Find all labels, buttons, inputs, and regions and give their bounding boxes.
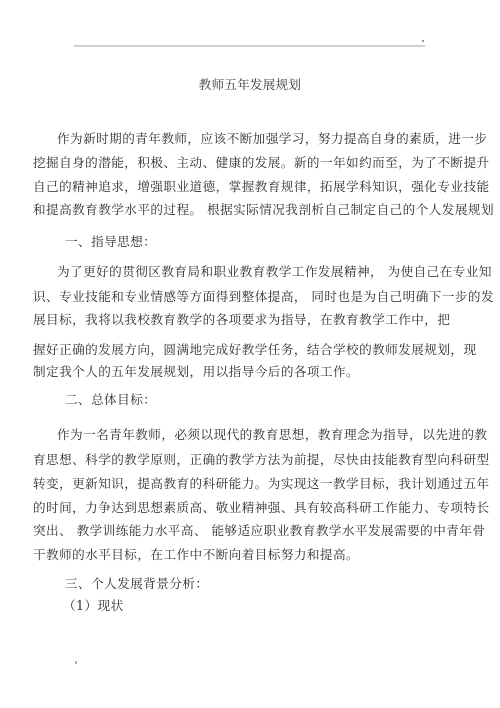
intro-line: 和提高教育教学水平的过程。 根据实际情况我剖析自己制定自己的个人发展规划 (33, 202, 443, 218)
section-2-line: 突出、 教学训练能力水平高、 能够适应职业教育教学水平发展需要的中青年骨 (33, 523, 443, 539)
section-2-line: 的时间，力争达到思想素质高、敬业精神强、具有较高科研工作能力、专项特长 (33, 500, 443, 516)
intro-line: 作为新时期的青年教师，应该不断加强学习，努力提高自身的素质，进一步 (57, 131, 467, 147)
section-1-line: 握好正确的发展方向，圆满地完成好教学任务，结合学校的教师发展规划，现 (33, 342, 443, 358)
footer-mark (75, 661, 77, 664)
section-heading-guiding-thought: 一、指导思想： (65, 234, 475, 250)
section-1-line: 展目标，我将以我校教育教学的各项要求为指导，在教育教学工作中，把 (33, 312, 443, 328)
section-2-line: 育思想、科学的教学原则，正确的教学方法为前提，尽快由技能教育型向科研型 (33, 452, 443, 468)
section-1-line: 为了更好的贯彻区教育局和职业教育教学工作发展精神， 为使自己在专业知 (57, 264, 467, 280)
section-2-line: 干教师的水平目标，在工作中不断向着目标努力和提高。 (33, 547, 443, 563)
section-2-line: 转变，更新知识，提高教育的科研能力。为实现这一教学目标，我计划通过五年 (33, 476, 443, 492)
section-1-line: 制定我个人的五年发展规划，用以指导今后的各项工作。 (33, 364, 443, 380)
intro-line: 挖掘自身的潜能，积极、主动、健康的发展。新的一年如约而至，为了不断提升 (33, 155, 443, 171)
subheading-current-status: （1）现状 (63, 598, 473, 614)
header-mark (422, 40, 424, 42)
intro-line: 自己的精神追求，增强职业道德，掌握教育规律，拓展学科知识，强化专业技能 (33, 179, 443, 195)
section-2-line: 作为一名青年教师，必须以现代的教育思想，教育理念为指导，以先进的教 (57, 427, 467, 443)
document-page: 教师五年发展规划 作为新时期的青年教师，应该不断加强学习，努力提高自身的素质，进… (0, 0, 500, 708)
document-title: 教师五年发展规划 (0, 75, 500, 93)
header-divider (74, 45, 425, 47)
section-1-line: 识、专业技能和专业情感等方面得到整体提高， 同时也是为自己明确下一步的发 (33, 289, 443, 305)
section-heading-background-analysis: 三、个人发展背景分析： (65, 576, 475, 592)
section-heading-overall-goal: 二、总体目标： (65, 392, 475, 408)
